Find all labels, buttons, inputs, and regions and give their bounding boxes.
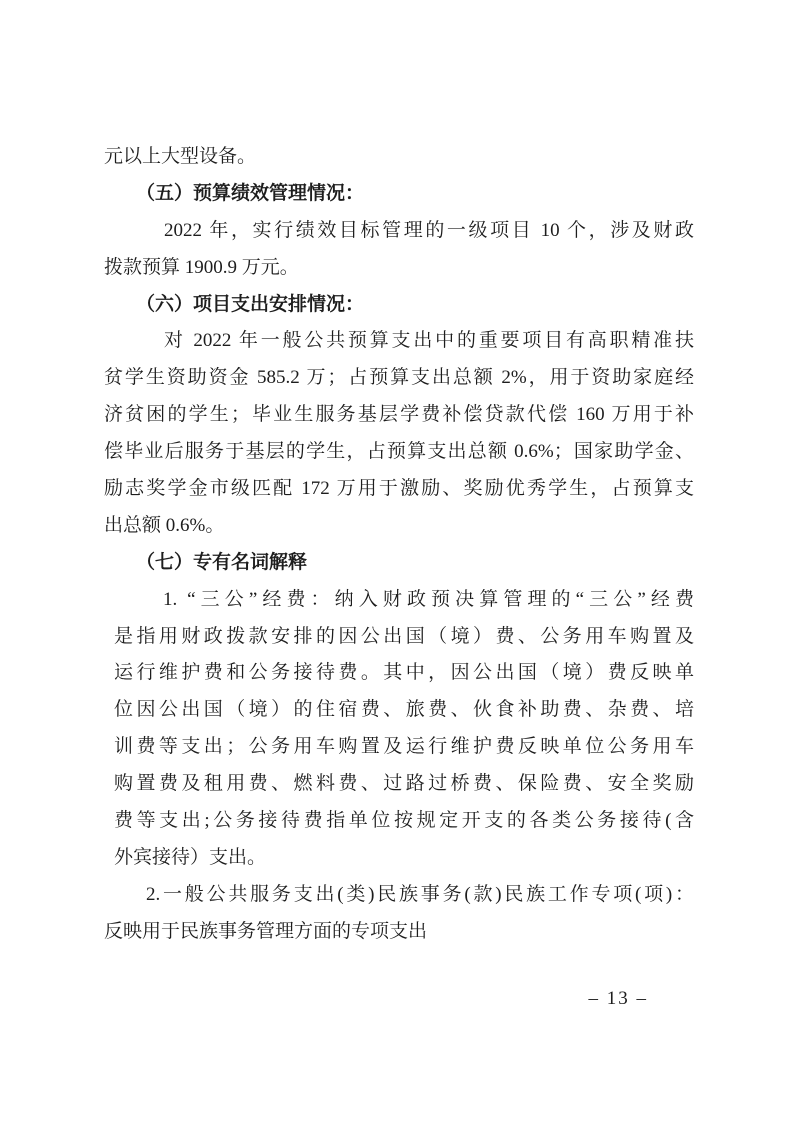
section-heading-6: （六）项目支出安排情况：	[104, 287, 694, 324]
definition-1-line: 外宾接待）支出。	[104, 840, 694, 877]
definition-1-line: 运行维护费和公务接待费。其中，因公出国（境）费反映单	[104, 655, 694, 692]
definition-1-line: 费等支出;公务接待费指单位按规定开支的各类公务接待(含	[104, 803, 694, 840]
definition-1-line: 1. “三公”经费：纳入财政预决算管理的“三公”经费	[104, 582, 694, 619]
section-heading-7: （七）专有名词解释	[104, 545, 694, 582]
definition-1-line: 购置费及租用费、燃料费、过路过桥费、保险费、安全奖励	[104, 766, 694, 803]
section-heading-5: （五）预算绩效管理情况：	[104, 176, 694, 213]
text-column: 元以上大型设备。 （五）预算绩效管理情况： 2022 年，实行绩效目标管理的一级…	[104, 139, 694, 951]
text-line: 贫学生资助资金 585.2 万；占预算支出总额 2%，用于资助家庭经	[104, 360, 694, 397]
text-line: 励志奖学金市级匹配 172 万用于激励、奖励优秀学生，占预算支	[104, 471, 694, 508]
text-line: 2022 年，实行绩效目标管理的一级项目 10 个，涉及财政	[104, 213, 694, 250]
document-page: 元以上大型设备。 （五）预算绩效管理情况： 2022 年，实行绩效目标管理的一级…	[0, 0, 793, 1122]
text-line: 出总额 0.6%。	[104, 508, 694, 545]
definition-2-line: 2.一般公共服务支出(类)民族事务(款)民族工作专项(项)：	[104, 877, 694, 914]
text-line: 对 2022 年一般公共预算支出中的重要项目有高职精准扶	[104, 323, 694, 360]
text-line: 拨款预算 1900.9 万元。	[104, 250, 694, 287]
page-number: – 13 –	[104, 984, 694, 1014]
text-line: 元以上大型设备。	[104, 139, 694, 176]
text-line: 济贫困的学生；毕业生服务基层学费补偿贷款代偿 160 万用于补	[104, 397, 694, 434]
definition-1-line: 位因公出国（境）的住宿费、旅费、伙食补助费、杂费、培	[104, 692, 694, 729]
definition-1-line: 是指用财政拨款安排的因公出国（境）费、公务用车购置及	[104, 619, 694, 656]
definition-1-line: 训费等支出；公务用车购置及运行维护费反映单位公务用车	[104, 729, 694, 766]
text-line: 偿毕业后服务于基层的学生，占预算支出总额 0.6%；国家助学金、	[104, 434, 694, 471]
definition-2-line: 反映用于民族事务管理方面的专项支出	[104, 914, 694, 951]
